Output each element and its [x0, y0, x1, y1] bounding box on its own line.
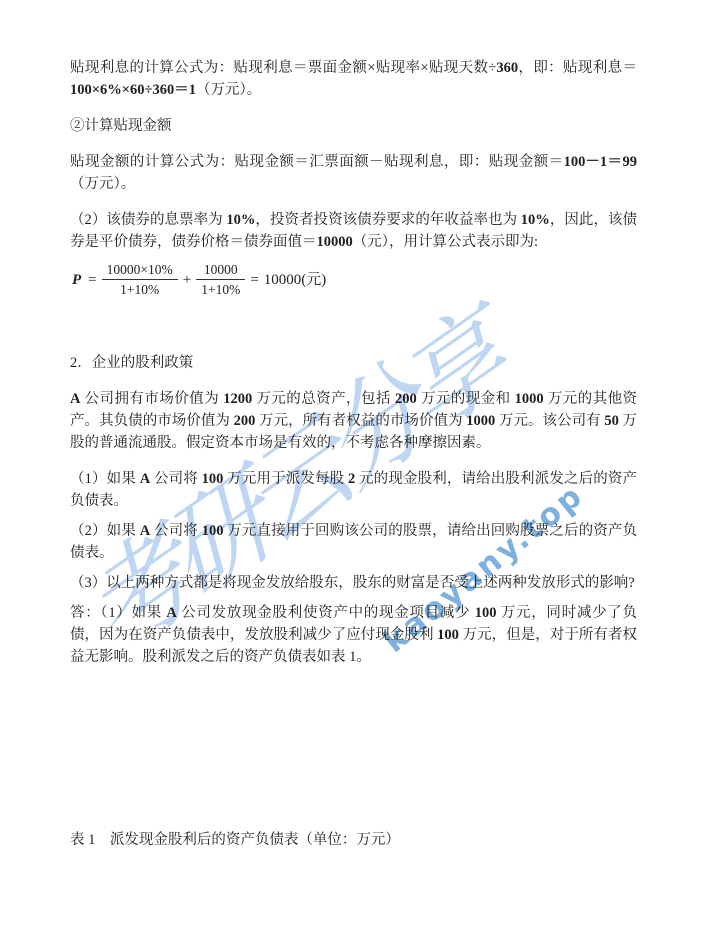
- formula-equals-1: =: [88, 269, 96, 291]
- table1-caption: 表 1 派发现金股利后的资产负债表（单位：万元）: [70, 829, 637, 851]
- question-1: （1）如果 A 公司将 100 万元用于派发每股 2 元的现金股利，请给出股利派…: [70, 468, 637, 512]
- bond-price-formula: P = 10000×10% 1+10% + 10000 1+10% = 1000…: [72, 261, 637, 298]
- document-page: 考研云分享 kaoyany.top 贴现利息的计算公式为：贴现利息＝票面金额×贴…: [0, 0, 705, 950]
- para-company-description: A 公司拥有市场价值为 1200 万元的总资产，包括 200 万元的现金和 10…: [70, 388, 637, 454]
- formula-result: 10000(元): [264, 269, 327, 291]
- formula-variable: P: [72, 269, 83, 291]
- fraction1-denominator: 1+10%: [102, 280, 178, 298]
- formula-equals-2: =: [250, 269, 258, 291]
- para-discount-amount: 贴现金额的计算公式为：贴现金额＝汇票面额－贴现利息，即：贴现金额＝100－1＝9…: [70, 151, 637, 195]
- question-2: （2）如果 A 公司将 100 万元直接用于回购该公司的股票，请给出回购股票之后…: [70, 520, 637, 564]
- formula-plus: +: [183, 269, 191, 291]
- para-discount-interest: 贴现利息的计算公式为：贴现利息＝票面金额×贴现率×贴现天数÷360，即：贴现利息…: [70, 57, 637, 101]
- fraction1-numerator: 10000×10%: [102, 261, 178, 280]
- answer-paragraph: 答：（1）如果 A 公司发放现金股利使资产中的现金项目减少 100 万元，同时减…: [70, 602, 637, 668]
- fraction2-denominator: 1+10%: [196, 280, 245, 298]
- formula-fraction-2: 10000 1+10%: [196, 261, 245, 298]
- heading-dividend-policy: 2．企业的股利政策: [70, 352, 637, 374]
- text-column: 贴现利息的计算公式为：贴现利息＝票面金额×贴现率×贴现天数÷360，即：贴现利息…: [70, 57, 637, 851]
- formula-fraction-1: 10000×10% 1+10%: [102, 261, 178, 298]
- para-bond-price: （2）该债券的息票率为 10%，投资者投资该债券要求的年收益率也为 10%，因此…: [70, 209, 637, 253]
- heading-discount-amount: ②计算贴现金额: [70, 115, 637, 137]
- fraction2-numerator: 10000: [196, 261, 245, 280]
- question-3: （3）以上两种方式都是将现金发放给股东，股东的财富是否受上述两种发放形式的影响?: [70, 572, 637, 594]
